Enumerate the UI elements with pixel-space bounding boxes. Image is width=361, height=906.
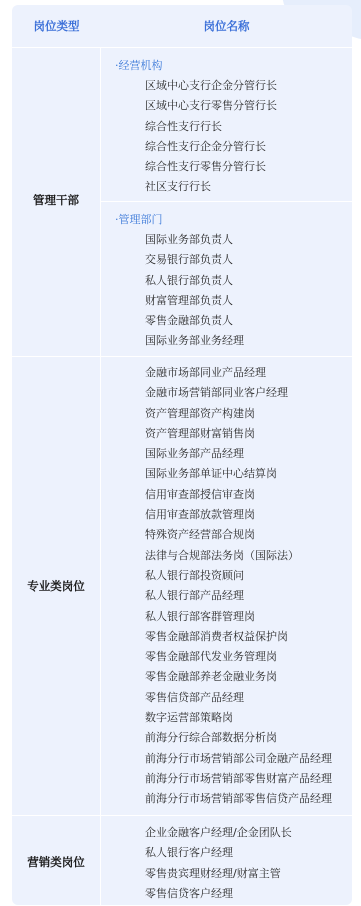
list-item: 国际业务部负责人: [101, 230, 352, 250]
section-title: ·经营机构: [101, 56, 352, 76]
header-position-type: 岗位类型: [12, 5, 101, 47]
group-label: 营销类岗位: [12, 816, 101, 905]
list-item: 资产管理部财富销售岗: [101, 424, 352, 444]
group-content: 金融市场部同业产品经理 金融市场营销部同业客户经理 资产管理部资产构建岗 资产管…: [101, 357, 352, 815]
group-label: 管理干部: [12, 48, 101, 356]
list-item: 零售金融部消费者权益保护岗: [101, 627, 352, 647]
group-marketing: 营销类岗位 企业金融客户经理/企金团队长 私人银行客户经理 零售贵宾理财经理/财…: [12, 816, 352, 905]
list-item: 资产管理部资产构建岗: [101, 404, 352, 424]
list-item: 金融市场营销部同业客户经理: [101, 383, 352, 403]
list-item: 区域中心支行企金分管行长: [101, 76, 352, 96]
group-content: ·经营机构 区域中心支行企金分管行长 区域中心支行零售分管行长 综合性支行行长 …: [101, 48, 352, 356]
list-item: 综合性支行企金分管行长: [101, 137, 352, 157]
list-item: 零售贵宾理财经理/财富主管: [101, 864, 352, 884]
list-item: 数字运营部策略岗: [101, 708, 352, 728]
list-item: 国际业务部单证中心结算岗: [101, 464, 352, 484]
group-professional: 专业类岗位 金融市场部同业产品经理 金融市场营销部同业客户经理 资产管理部资产构…: [12, 357, 352, 816]
list-item: 交易银行部负责人: [101, 250, 352, 270]
list-item: 私人银行部客群管理岗: [101, 607, 352, 627]
list-item: 前海分行市场营销部零售信贷产品经理: [101, 789, 352, 809]
list-item: 综合性支行行长: [101, 117, 352, 137]
list-item: 零售信贷部产品经理: [101, 688, 352, 708]
list-item: 国际业务部业务经理: [101, 331, 352, 351]
section-title: ·管理部门: [101, 210, 352, 230]
list-item: 金融市场部同业产品经理: [101, 363, 352, 383]
section-marketing: 企业金融客户经理/企金团队长 私人银行客户经理 零售贵宾理财经理/财富主管 零售…: [101, 816, 352, 905]
list-item: 社区支行行长: [101, 177, 352, 197]
list-item: 信用审查部放款管理岗: [101, 505, 352, 525]
list-item: 私人银行部产品经理: [101, 586, 352, 606]
list-item: 零售金融部负责人: [101, 311, 352, 331]
table-header: 岗位类型 岗位名称: [12, 5, 352, 48]
list-item: 私人银行部负责人: [101, 271, 352, 291]
list-item: 企业金融客户经理/企金团队长: [101, 823, 352, 843]
list-item: 前海分行综合部数据分析岗: [101, 728, 352, 748]
list-item: 财富管理部负责人: [101, 291, 352, 311]
group-content: 企业金融客户经理/企金团队长 私人银行客户经理 零售贵宾理财经理/财富主管 零售…: [101, 816, 352, 905]
position-table: 岗位类型 岗位名称 管理干部 ·经营机构 区域中心支行企金分管行长 区域中心支行…: [12, 5, 352, 905]
list-item: 零售金融部养老金融业务岗: [101, 667, 352, 687]
group-management: 管理干部 ·经营机构 区域中心支行企金分管行长 区域中心支行零售分管行长 综合性…: [12, 48, 352, 357]
list-item: 信用审查部授信审查岗: [101, 485, 352, 505]
list-item: 综合性支行零售分管行长: [101, 157, 352, 177]
list-item: 零售金融部代发业务管理岗: [101, 647, 352, 667]
section-professional: 金融市场部同业产品经理 金融市场营销部同业客户经理 资产管理部资产构建岗 资产管…: [101, 357, 352, 816]
list-item: 前海分行市场营销部零售财富产品经理: [101, 769, 352, 789]
list-item: 法律与合规部法务岗（国际法）: [101, 546, 352, 566]
section-business-units: ·经营机构 区域中心支行企金分管行长 区域中心支行零售分管行长 综合性支行行长 …: [101, 48, 352, 202]
list-item: 零售信贷客户经理: [101, 884, 352, 904]
list-item: 特殊资产经营部合规岗: [101, 525, 352, 545]
list-item: 区域中心支行零售分管行长: [101, 96, 352, 116]
list-item: 国际业务部产品经理: [101, 444, 352, 464]
group-label: 专业类岗位: [12, 357, 101, 815]
list-item: 私人银行部投资顾问: [101, 566, 352, 586]
header-position-name: 岗位名称: [101, 5, 352, 47]
section-management-depts: ·管理部门 国际业务部负责人 交易银行部负责人 私人银行部负责人 财富管理部负责…: [101, 202, 352, 358]
list-item: 前海分行市场营销部公司金融产品经理: [101, 749, 352, 769]
list-item: 私人银行客户经理: [101, 843, 352, 863]
